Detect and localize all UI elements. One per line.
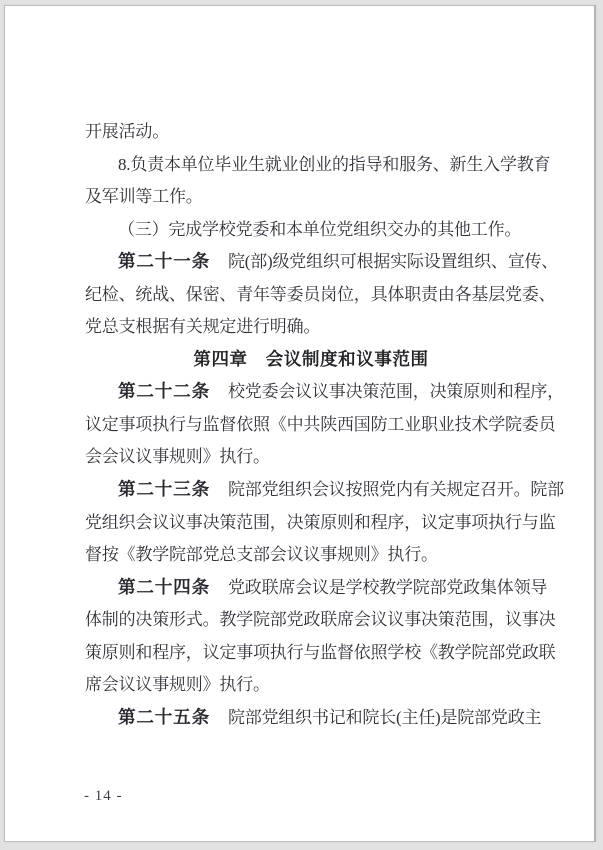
line-text: 策原则和程序，议定事项执行与监督依照学校《教学院部党政联 [85, 643, 555, 662]
article-number: 第二十一条 [118, 251, 210, 271]
line-text: 校党委会议议事决策范围，决策原则和程序， [228, 382, 564, 401]
article-number: 第二十二条 [118, 381, 210, 401]
paragraph-line: 议定事项执行与监督依照《中共陕西国防工业职业技术学院委员 [85, 412, 537, 445]
article-21-line: 第二十一条院(部)级党组织可根据实际设置组织、宣传、 [85, 249, 537, 282]
paragraph-line: 党组织会议议事决策范围，决策原则和程序，议定事项执行与监 [85, 510, 537, 543]
page-content: 开展活动。 8.负责本单位毕业生就业创业的指导和服务、新生入学教育 及军训等工作… [85, 119, 537, 737]
page-number: - 14 - [84, 788, 123, 805]
line-text: 8.负责本单位毕业生就业创业的指导和服务、新生入学教育 [118, 155, 550, 174]
article-number: 第二十四条 [118, 577, 210, 597]
article-25-line: 第二十五条院部党组织书记和院长(主任)是院部党政主 [85, 705, 537, 738]
line-text: 党组织会议议事决策范围，决策原则和程序，议定事项执行与监 [85, 513, 555, 532]
paragraph-line: 党总支根据有关规定进行明确。 [85, 314, 537, 347]
line-text: 党政联席会议是学校教学院部党政集体领导 [228, 578, 547, 597]
paragraph-line: 纪检、统战、保密、青年等委员岗位，具体职责由各基层党委、 [85, 282, 537, 315]
line-text: 体制的决策形式。教学院部党政联席会议议事决策范围，议事决 [85, 610, 555, 629]
paragraph-line: 策原则和程序，议定事项执行与监督依照学校《教学院部党政联 [85, 640, 537, 673]
paragraph-line: （三）完成学校党委和本单位党组织交办的其他工作。 [85, 217, 537, 250]
line-text: 会会议议事规则》执行。 [85, 447, 270, 466]
line-text: 督按《教学院部党总支部会议议事规则》执行。 [85, 545, 438, 564]
line-text: 院部党组织会议按照党内有关规定召开。院部 [228, 480, 564, 499]
paragraph-line: 会会议议事规则》执行。 [85, 444, 537, 477]
chapter-heading: 第四章 会议制度和议事范围 [85, 347, 537, 380]
article-number: 第二十五条 [118, 707, 210, 727]
article-23-line: 第二十三条院部党组织会议按照党内有关规定召开。院部 [85, 477, 537, 510]
paragraph-line: 督按《教学院部党总支部会议议事规则》执行。 [85, 542, 537, 575]
paragraph-line: 开展活动。 [85, 119, 537, 152]
line-text: 党总支根据有关规定进行明确。 [85, 317, 320, 336]
line-text: 院(部)级党组织可根据实际设置组织、宣传、 [228, 252, 558, 271]
line-text: （三）完成学校党委和本单位党组织交办的其他工作。 [118, 220, 521, 239]
document-viewer: { "doc": { "page_number": "- 14 -", "cha… [0, 0, 603, 850]
line-text: 议定事项执行与监督依照《中共陕西国防工业职业技术学院委员 [85, 415, 555, 434]
article-22-line: 第二十二条校党委会议议事决策范围，决策原则和程序， [85, 379, 537, 412]
paragraph-line: 8.负责本单位毕业生就业创业的指导和服务、新生入学教育 [85, 152, 537, 185]
line-text: 及军训等工作。 [85, 187, 203, 206]
article-number: 第二十三条 [118, 479, 210, 499]
document-page: 开展活动。 8.负责本单位毕业生就业创业的指导和服务、新生入学教育 及军训等工作… [4, 5, 596, 842]
paragraph-line: 席会议议事规则》执行。 [85, 672, 537, 705]
chapter-heading-text: 第四章 会议制度和议事范围 [193, 349, 428, 369]
paragraph-line: 及军训等工作。 [85, 184, 537, 217]
line-text: 纪检、统战、保密、青年等委员岗位，具体职责由各基层党委、 [85, 285, 555, 304]
line-text: 院部党组织书记和院长(主任)是院部党政主 [228, 708, 541, 727]
paragraph-line: 体制的决策形式。教学院部党政联席会议议事决策范围，议事决 [85, 607, 537, 640]
article-24-line: 第二十四条党政联席会议是学校教学院部党政集体领导 [85, 575, 537, 608]
line-text: 席会议议事规则》执行。 [85, 675, 270, 694]
line-text: 开展活动。 [85, 122, 169, 141]
